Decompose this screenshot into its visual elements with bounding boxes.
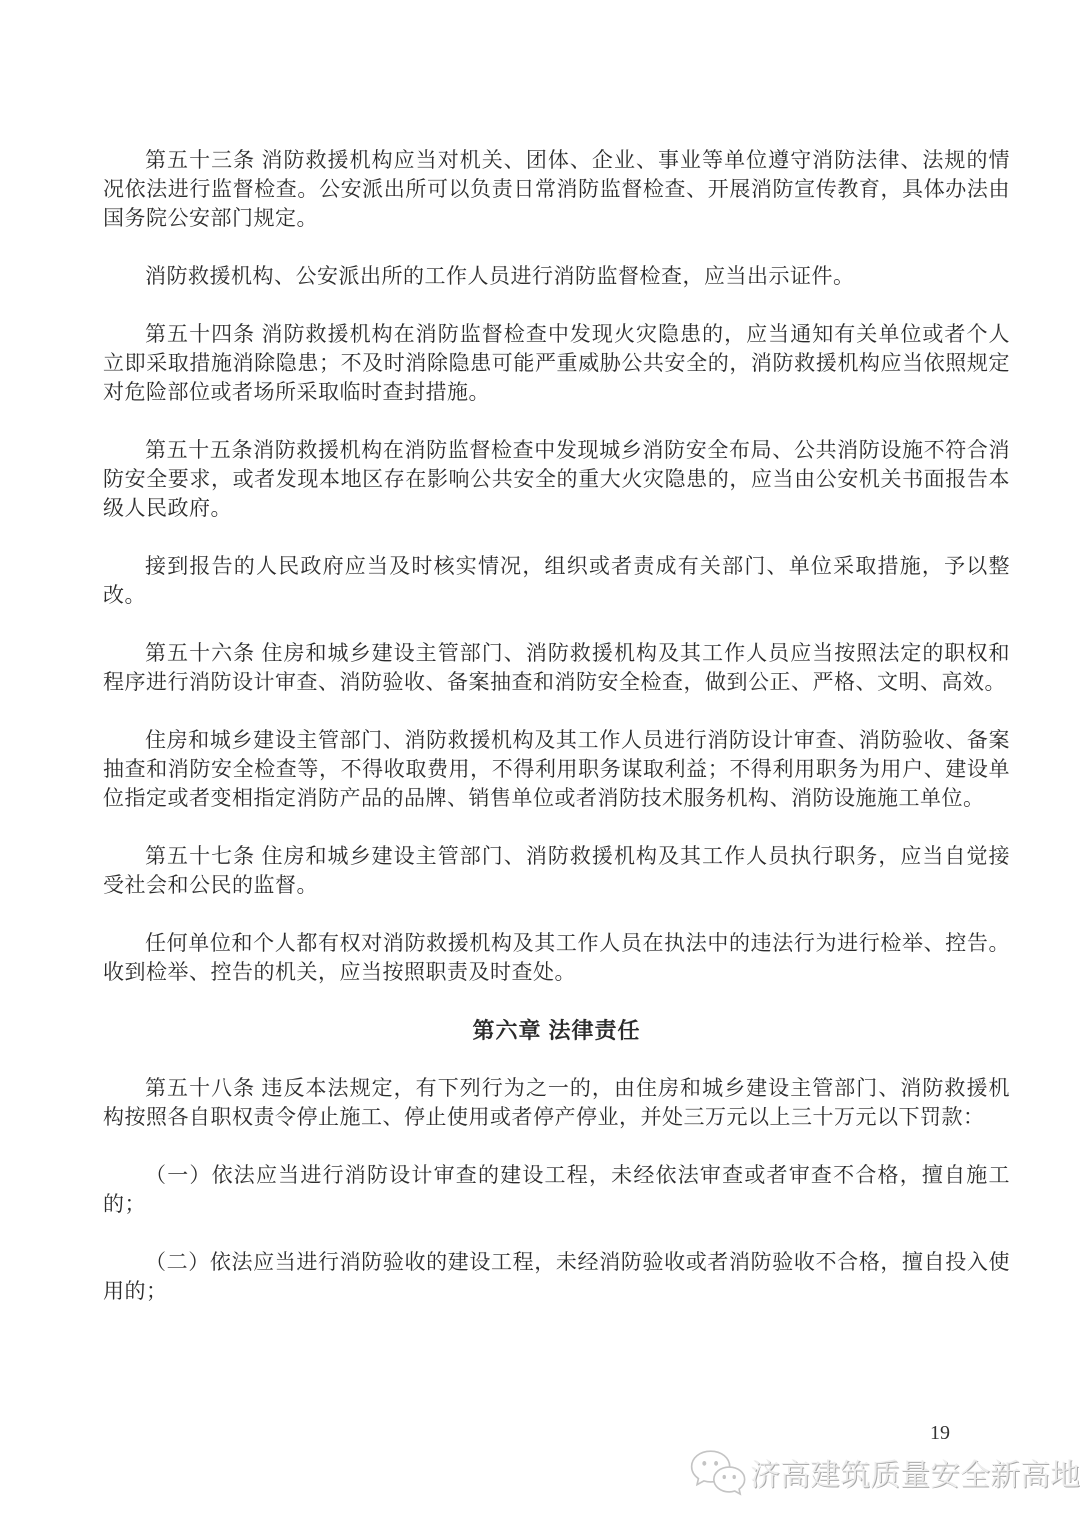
watermark: 济高建筑质量安全新高地	[688, 1448, 1080, 1496]
document-body: 第五十三条 消防救援机构应当对机关、团体、企业、事业等单位遵守消防法律、法规的情…	[103, 146, 1010, 1335]
paragraph-no-fees: 住房和城乡建设主管部门、消防救援机构及其工作人员进行消防设计审查、消防验收、备案…	[103, 726, 1010, 813]
paragraph-report-violations: 任何单位和个人都有权对消防救援机构及其工作人员在执法中的违法行为进行检举、控告。…	[103, 929, 1010, 987]
paragraph-inspection-credentials: 消防救援机构、公安派出所的工作人员进行消防监督检查，应当出示证件。	[103, 262, 1010, 291]
watermark-text: 济高建筑质量安全新高地	[750, 1450, 1080, 1494]
wechat-icon	[688, 1448, 746, 1496]
paragraph-article-57: 第五十七条 住房和城乡建设主管部门、消防救援机构及其工作人员执行职务，应当自觉接…	[103, 842, 1010, 900]
paragraph-article-56: 第五十六条 住房和城乡建设主管部门、消防救援机构及其工作人员应当按照法定的职权和…	[103, 639, 1010, 697]
paragraph-item-1: （一）依法应当进行消防设计审查的建设工程，未经依法审查或者审查不合格，擅自施工的…	[103, 1161, 1010, 1219]
paragraph-article-53: 第五十三条 消防救援机构应当对机关、团体、企业、事业等单位遵守消防法律、法规的情…	[103, 146, 1010, 233]
document-page: 第五十三条 消防救援机构应当对机关、团体、企业、事业等单位遵守消防法律、法规的情…	[0, 0, 1080, 1527]
paragraph-item-2: （二）依法应当进行消防验收的建设工程，未经消防验收或者消防验收不合格，擅自投入使…	[103, 1248, 1010, 1306]
paragraph-article-58: 第五十八条 违反本法规定，有下列行为之一的，由住房和城乡建设主管部门、消防救援机…	[103, 1074, 1010, 1132]
page-number: 19	[930, 1422, 950, 1445]
chapter-heading: 第六章 法律责任	[103, 1016, 1010, 1045]
paragraph-government-rectify: 接到报告的人民政府应当及时核实情况，组织或者责成有关部门、单位采取措施，予以整改…	[103, 552, 1010, 610]
paragraph-article-54: 第五十四条 消防救援机构在消防监督检查中发现火灾隐患的，应当通知有关单位或者个人…	[103, 320, 1010, 407]
paragraph-article-55: 第五十五条消防救援机构在消防监督检查中发现城乡消防安全布局、公共消防设施不符合消…	[103, 436, 1010, 523]
